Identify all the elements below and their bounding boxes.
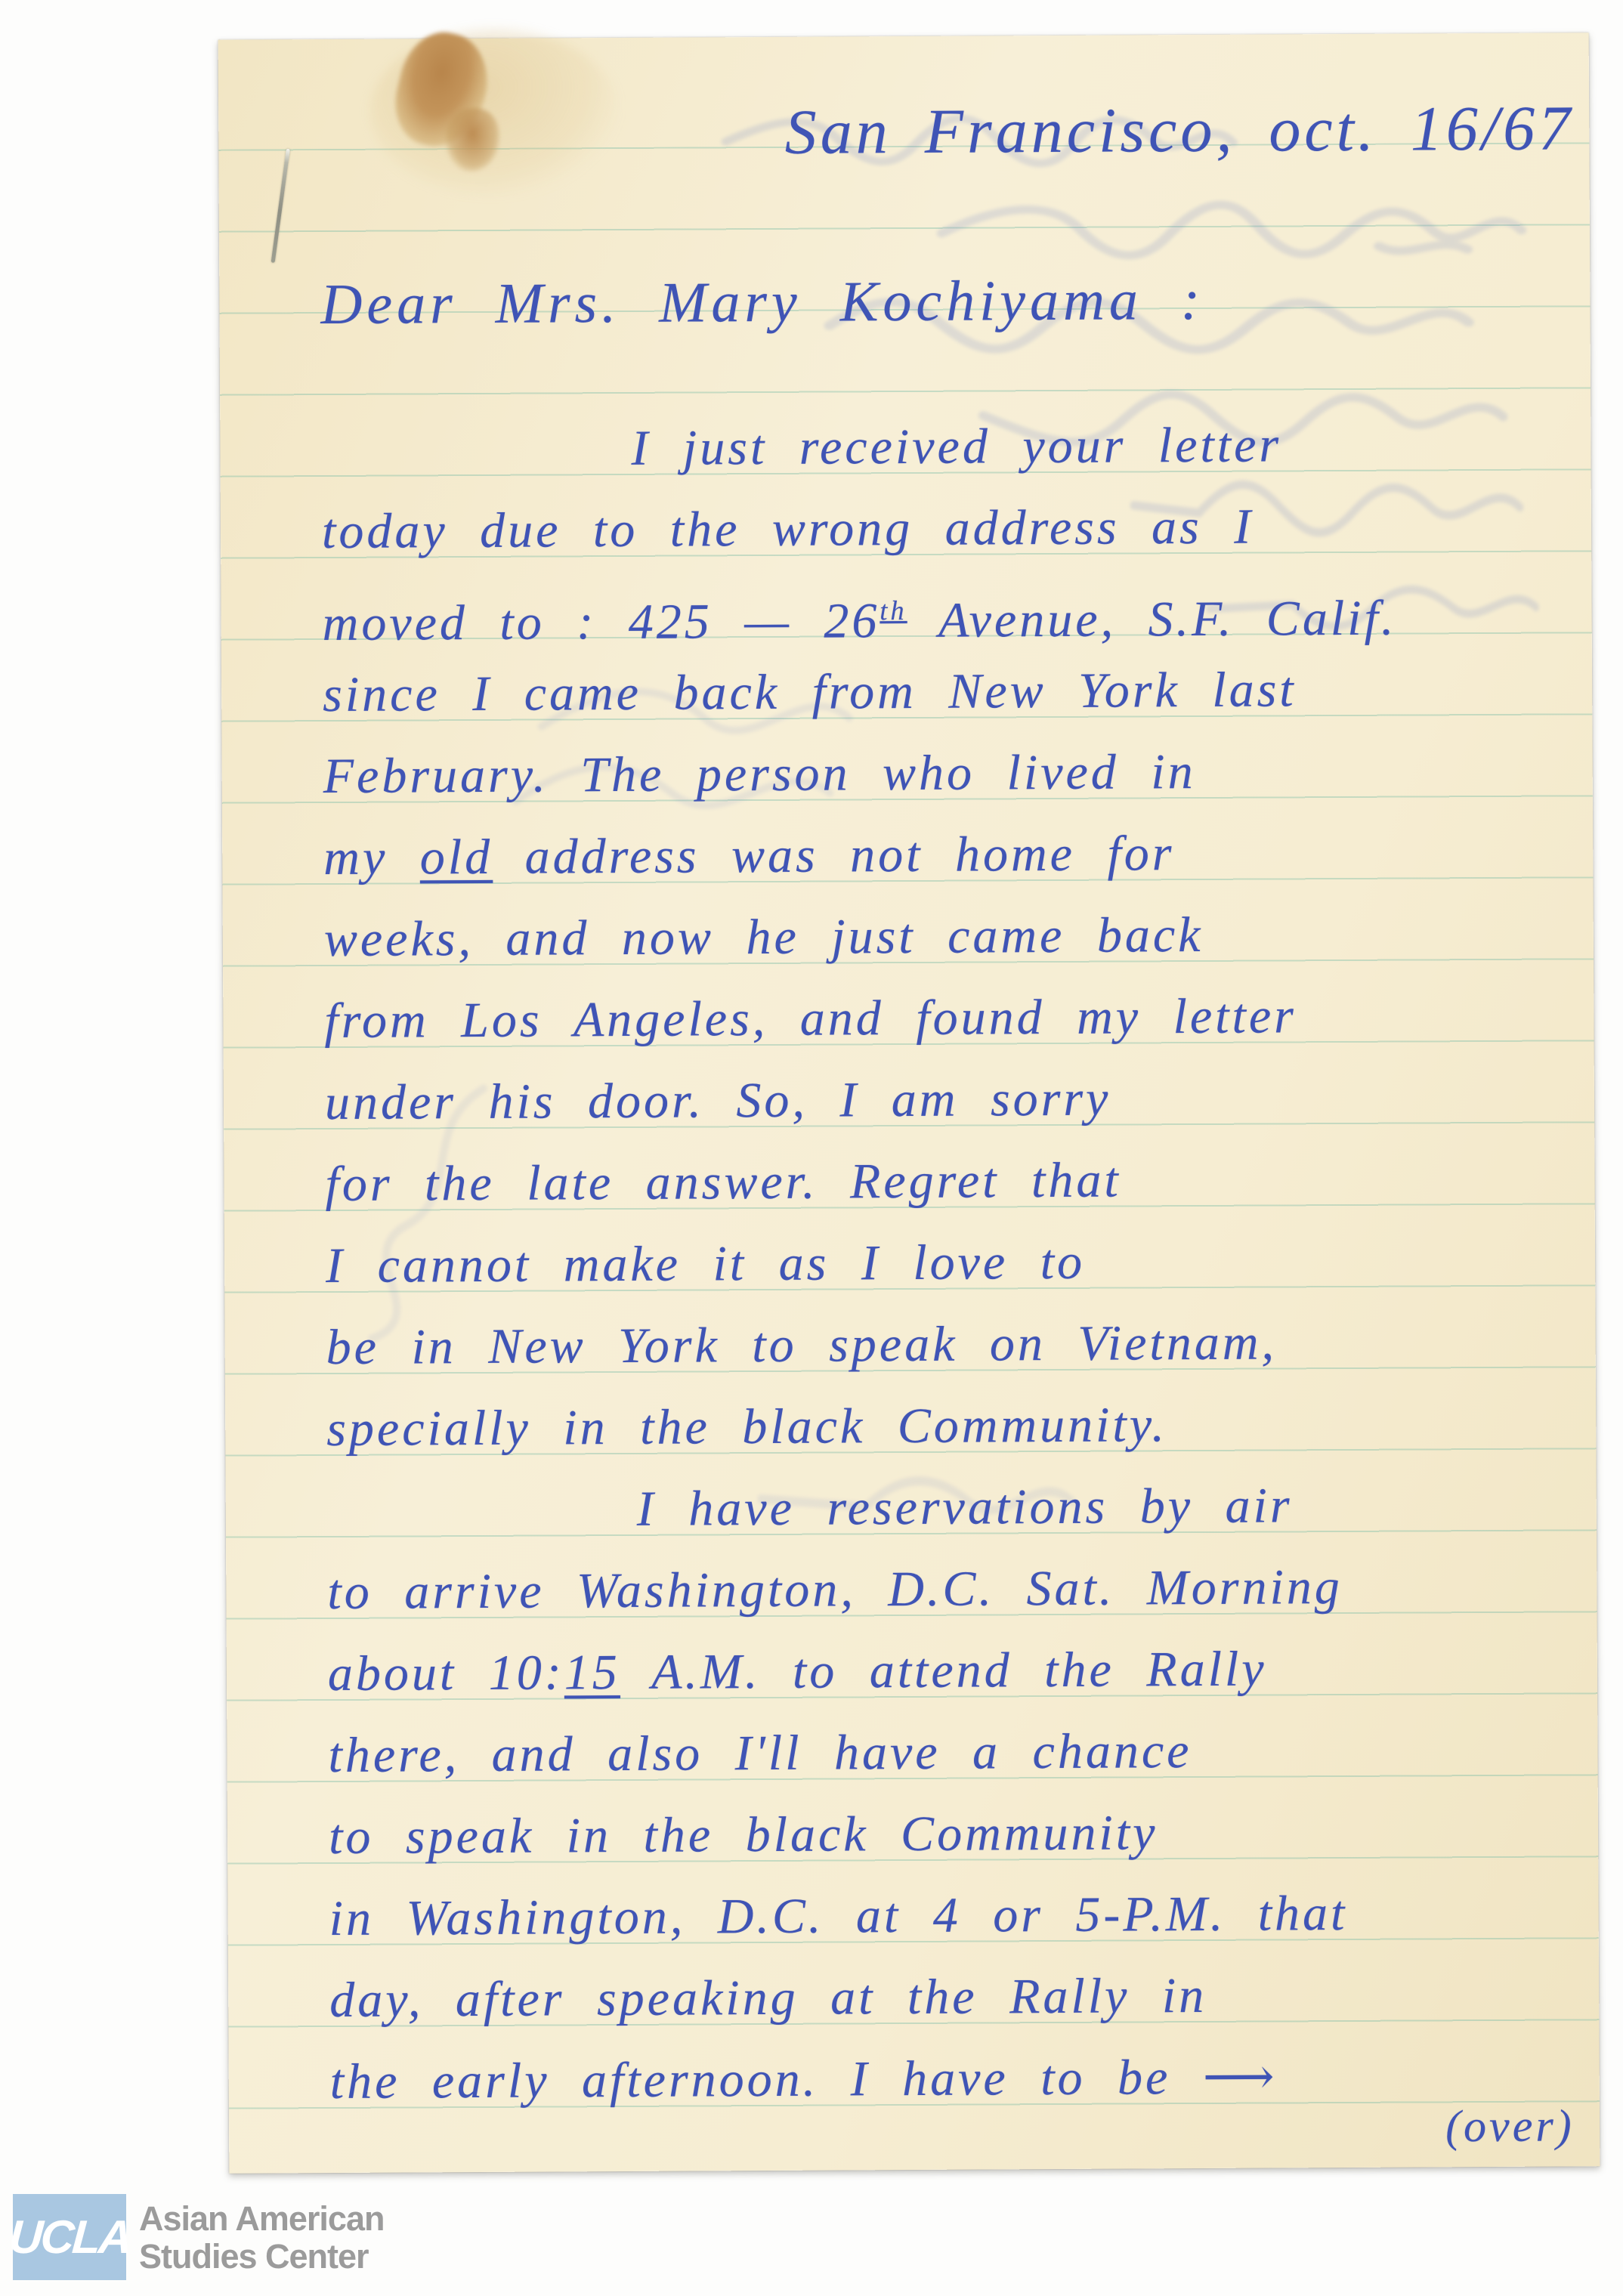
- letter-line: since I came back from New York last: [323, 647, 1600, 736]
- letter-body: I just received your lettertoday due to …: [321, 403, 1607, 2123]
- ucla-logo-text: UCLA: [7, 2211, 131, 2264]
- staple: [271, 149, 290, 263]
- letter-line: the early afternoon. I have to be ⟶: [329, 2035, 1607, 2123]
- letter-line: moved to : 425 — 26th Avenue, S.F. Calif…: [322, 566, 1600, 654]
- letter-line: day, after speaking at the Rally in: [329, 1953, 1607, 2041]
- footer: UCLA Asian American Studies Center: [0, 2194, 604, 2282]
- org-name-line1: Asian American: [139, 2200, 384, 2238]
- letter-line: February. The person who lived in: [323, 729, 1600, 817]
- letter-line: for the late answer. Regret that: [325, 1137, 1603, 1225]
- letter-line: in Washington, D.C. at 4 or 5-P.M. that: [329, 1871, 1606, 1960]
- paragraph-1: I just received your lettertoday due to …: [321, 403, 1603, 1470]
- letter-line: I have reservations by air: [327, 1463, 1605, 1552]
- letter-line: about 10:15 A.M. to attend the Rally: [328, 1627, 1606, 1715]
- letter-line: I just received your letter: [321, 403, 1599, 491]
- over-note: (over): [1445, 2100, 1575, 2152]
- paragraph-2: I have reservations by airto arrive Wash…: [327, 1463, 1608, 2123]
- letter-line: be in New York to speak on Vietnam,: [326, 1300, 1603, 1389]
- letter-line: my old address was not home for: [323, 811, 1601, 899]
- org-name-line2: Studies Center: [139, 2238, 384, 2276]
- salutation: Dear Mrs. Mary Kochiyama :: [320, 267, 1204, 338]
- letter-paper: San Francisco, oct. 16/67 Dear Mrs. Mary…: [218, 32, 1600, 2173]
- letter-line: weeks, and now he just came back: [324, 892, 1602, 981]
- ucla-logo: UCLA: [13, 2194, 126, 2280]
- letter-line: today due to the wrong address as I: [322, 484, 1600, 573]
- letter-line: specially in the black Community.: [326, 1382, 1604, 1470]
- ink-bleedthrough-mark: [937, 189, 1527, 267]
- letter-line: to arrive Washington, D.C. Sat. Morning: [327, 1545, 1605, 1633]
- dateline: San Francisco, oct. 16/67: [784, 91, 1574, 168]
- letter-line: I cannot make it as I love to: [326, 1219, 1603, 1307]
- letter-line: to speak in the black Community: [329, 1790, 1606, 1878]
- letter-line: under his door. So, I am sorry: [325, 1055, 1603, 1144]
- org-name: Asian American Studies Center: [139, 2200, 384, 2276]
- letter-line: from Los Angeles, and found my letter: [324, 974, 1602, 1062]
- letter-line: there, and also I'll have a chance: [328, 1708, 1606, 1797]
